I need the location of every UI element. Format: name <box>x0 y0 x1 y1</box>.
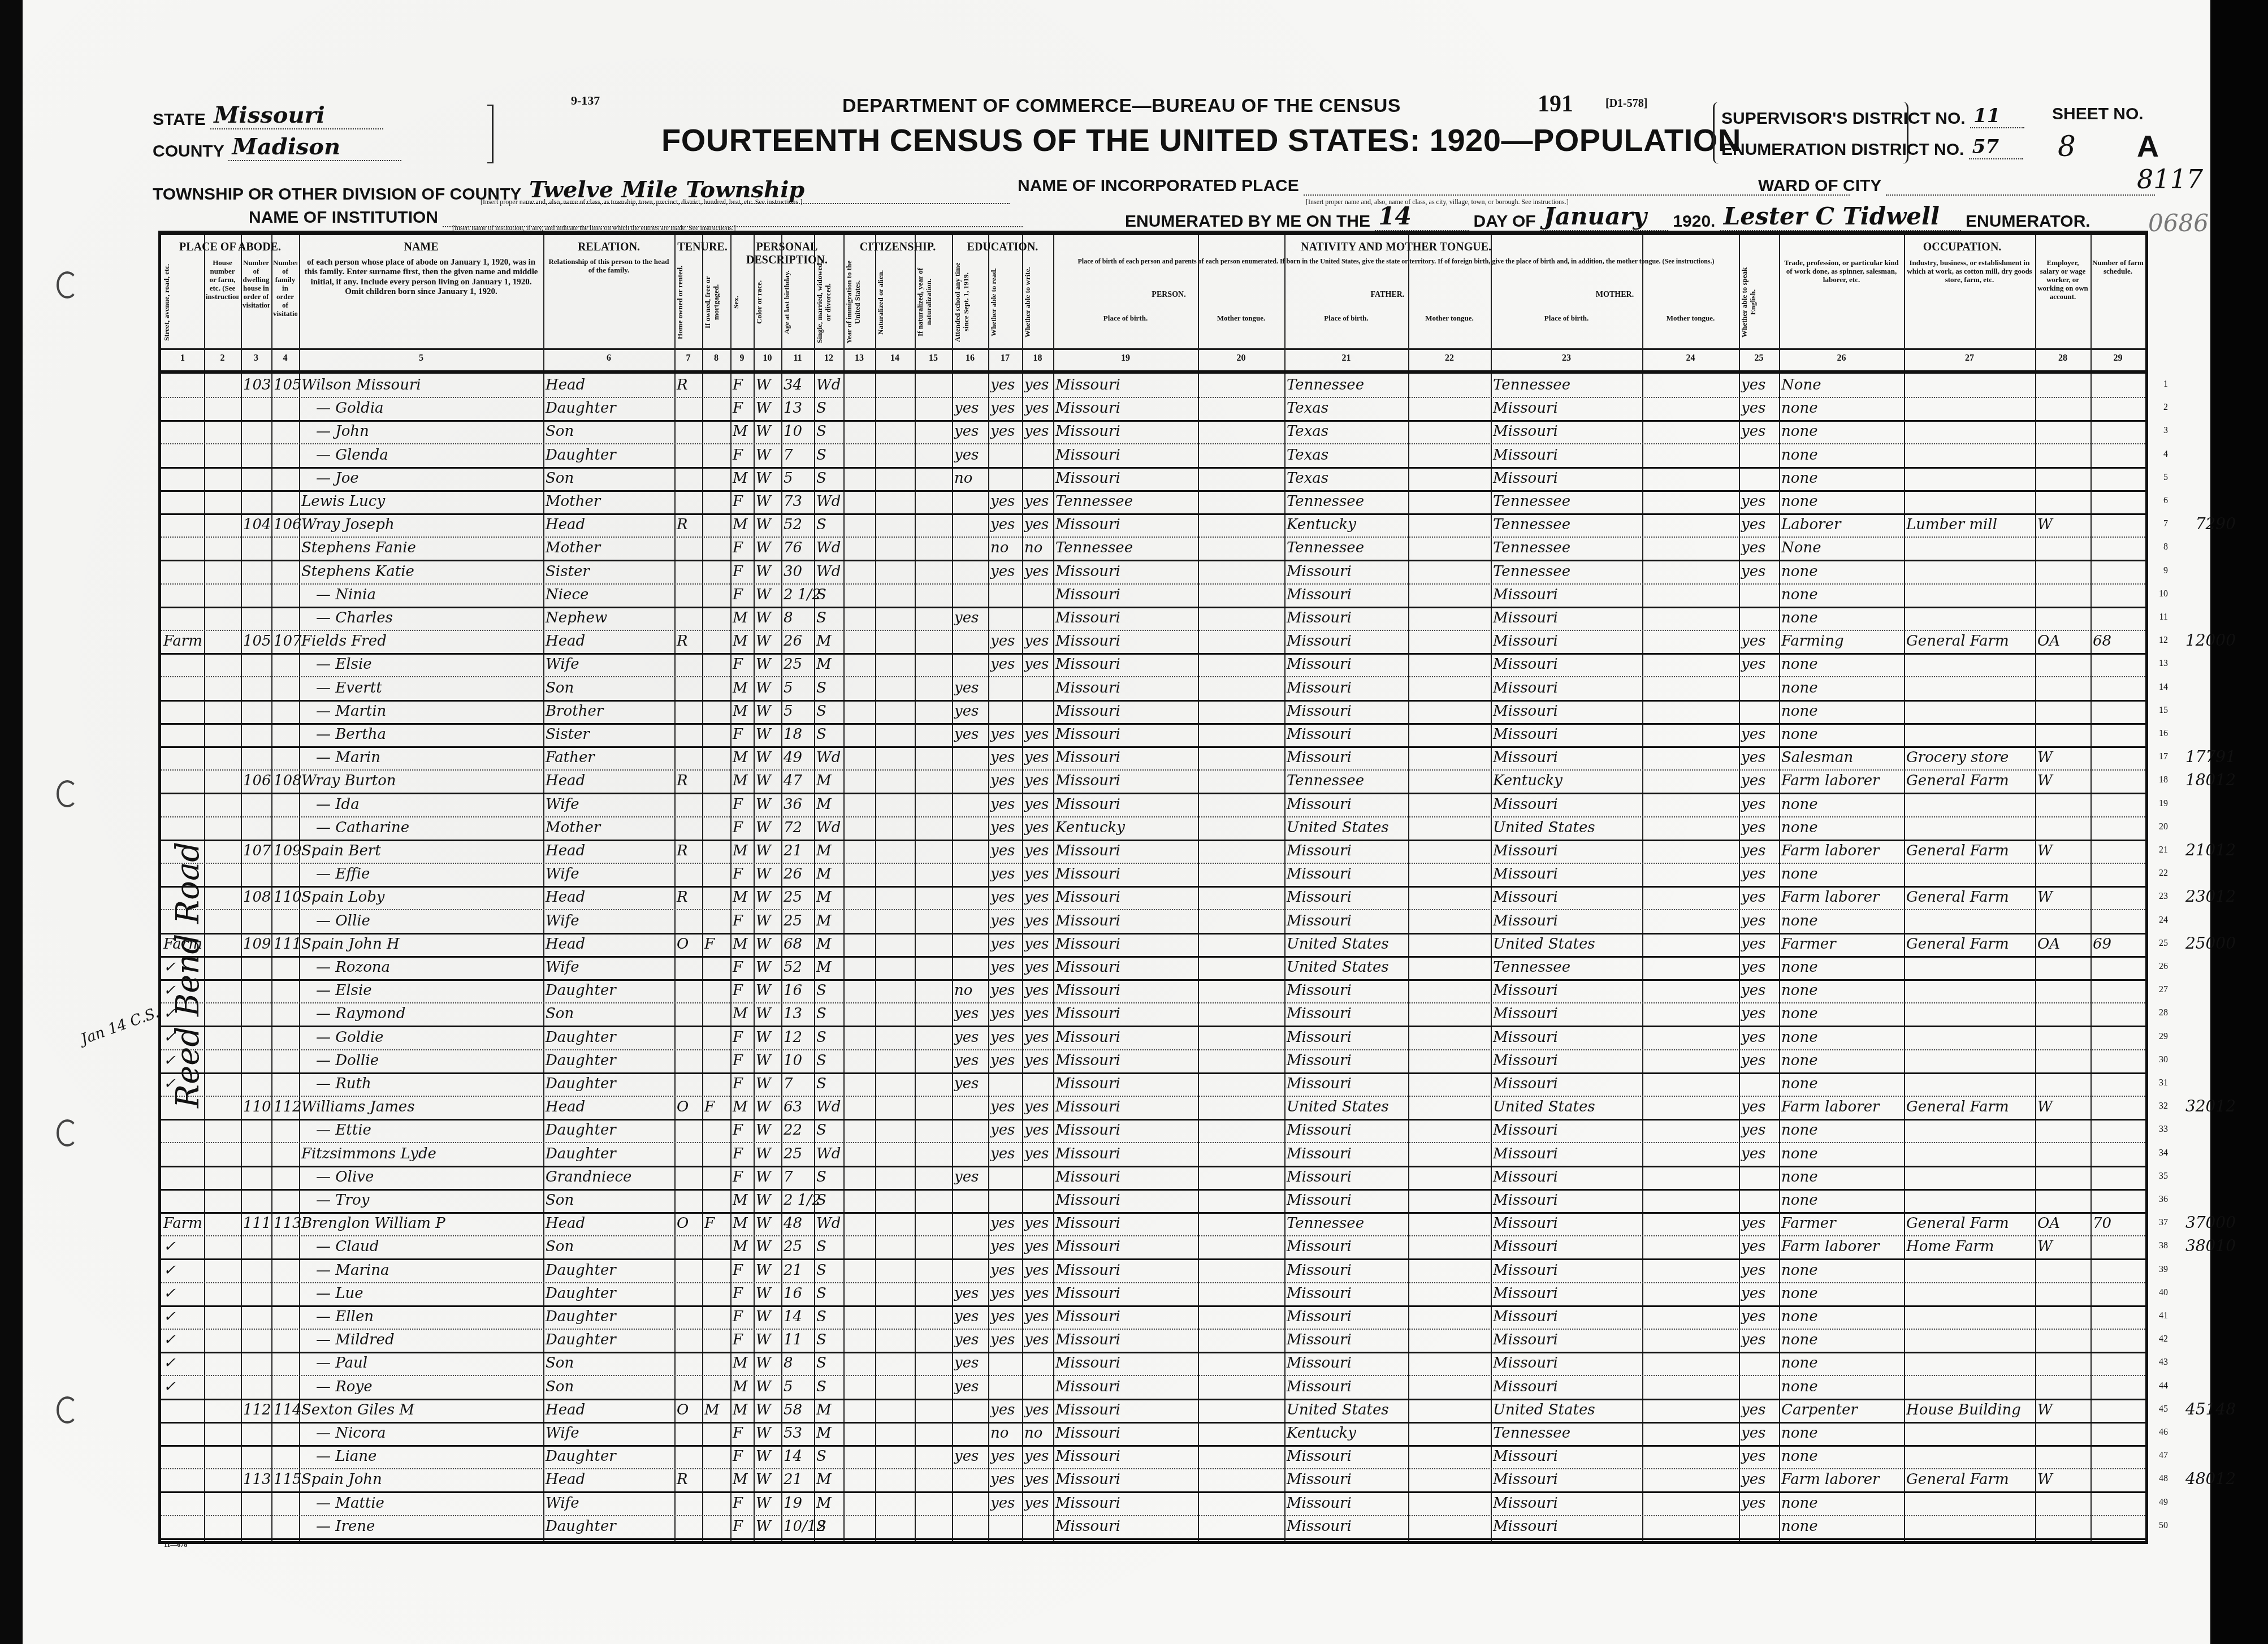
bracket-divider <box>487 105 494 163</box>
cell-emp: W <box>2037 514 2053 535</box>
cell-age: 48 <box>784 1213 802 1234</box>
punch-hole-icon <box>57 1396 78 1424</box>
cell-english: yes <box>1741 491 1765 512</box>
cell-marital: M <box>816 631 832 651</box>
cell-school: no <box>954 468 972 488</box>
cell-age: 13 <box>784 1003 802 1024</box>
cell-sex: F <box>733 1516 743 1537</box>
cell-age: 8 <box>784 1353 793 1373</box>
cell-street: Farm <box>163 1213 202 1234</box>
cell-home: R <box>677 631 688 651</box>
cell-industry: Grocery store <box>1906 747 2009 768</box>
cell-school: yes <box>954 1027 979 1048</box>
cell-name: — Raymond <box>316 1003 405 1024</box>
census-rows: 103105Wilson MissouriHeadRFW34WdyesyesMi… <box>161 374 2145 1541</box>
cell-fbirth: Missouri <box>1287 1469 1352 1490</box>
cell-sex: F <box>733 817 743 838</box>
cell-mbirth: Tennessee <box>1493 957 1570 977</box>
cell-name: — Marina <box>316 1260 389 1280</box>
cell-english: yes <box>1741 841 1765 861</box>
cell-mbirth: Missouri <box>1493 724 1558 745</box>
cell-age: 68 <box>784 934 802 954</box>
cell-write: yes <box>1024 1236 1049 1257</box>
cell-age: 7 <box>784 1167 793 1187</box>
cell-sex: F <box>733 794 743 815</box>
cell-trade: none <box>1781 1493 1818 1513</box>
cell-marital: Wd <box>816 1213 841 1234</box>
cell-fbirth: Missouri <box>1287 1353 1352 1373</box>
cell-age: 63 <box>784 1097 802 1117</box>
cell-sex: F <box>733 1074 743 1094</box>
cell-relation: Son <box>546 1377 574 1397</box>
column-header-18: Whether able to write. <box>1024 259 1051 345</box>
cell-sex: F <box>733 1260 743 1280</box>
table-row: — ElsieWifeFW25MyesyesMissouriMissouriMi… <box>161 653 2145 677</box>
column-header-19: Place of birth. <box>1055 314 1196 345</box>
table-row: ✓— RaymondSonMW13SyesyesyesMissouriMisso… <box>161 1002 2145 1027</box>
cell-race: W <box>756 887 771 907</box>
cell-write: yes <box>1024 1400 1049 1420</box>
cell-name: Stephens Fanie <box>301 538 416 558</box>
cell-street: ✓ <box>163 1377 176 1397</box>
cell-age: 7 <box>784 1074 793 1094</box>
cell-write: yes <box>1024 1330 1049 1350</box>
table-row: — EverttSonMW5SyesMissouriMissouriMissou… <box>161 677 2145 702</box>
cell-race: W <box>756 934 771 954</box>
cell-write: yes <box>1024 747 1049 768</box>
cell-mbirth: Missouri <box>1493 887 1558 907</box>
cell-mbirth: Missouri <box>1493 468 1558 488</box>
cell-marital: M <box>816 1469 832 1490</box>
cell-fbirth: Missouri <box>1287 608 1352 628</box>
cell-english: yes <box>1741 1306 1765 1327</box>
cell-trade: none <box>1781 724 1818 745</box>
cell-fbirth: Missouri <box>1287 1493 1352 1513</box>
line-number: 20 <box>2159 822 2168 832</box>
margin-code: 32012 <box>2185 1097 2236 1115</box>
cell-name: — Goldie <box>316 1027 383 1048</box>
cell-age: 49 <box>784 747 802 768</box>
cell-marital: S <box>816 514 826 535</box>
cell-read: yes <box>990 1120 1015 1140</box>
cell-trade: Farm laborer <box>1781 887 1879 907</box>
cell-dwelling: 112 <box>243 1400 271 1420</box>
cell-relation: Mother <box>546 491 600 512</box>
line-number: 43 <box>2159 1357 2168 1368</box>
cell-race: W <box>756 1423 771 1443</box>
column-number: 11 <box>781 353 814 364</box>
cell-mbirth: Missouri <box>1493 608 1558 628</box>
cell-age: 76 <box>784 538 802 558</box>
cell-name: — Nicora <box>316 1423 386 1443</box>
cell-relation: Wife <box>546 794 579 815</box>
cell-marital: M <box>816 864 832 884</box>
table-row: ✓— RoyeSonMW5SyesMissouriMissouriMissour… <box>161 1375 2145 1400</box>
cell-read: yes <box>990 1400 1015 1420</box>
cell-read: no <box>990 538 1009 558</box>
cell-fbirth: Missouri <box>1287 1283 1352 1304</box>
cell-birth: Missouri <box>1055 1050 1120 1071</box>
cell-school: yes <box>954 678 979 698</box>
table-row: Stephens KatieSisterFW30WdyesyesMissouri… <box>161 560 2145 585</box>
cell-write: yes <box>1024 934 1049 954</box>
cell-trade: none <box>1781 980 1818 1001</box>
cell-age: 14 <box>784 1306 802 1327</box>
line-number: 40 <box>2159 1288 2168 1298</box>
cell-sex: F <box>733 445 743 465</box>
line-number: 33 <box>2159 1124 2168 1135</box>
cell-relation: Head <box>546 1097 585 1117</box>
cell-english: yes <box>1741 1400 1765 1420</box>
cell-race: W <box>756 1516 771 1537</box>
cell-age: 21 <box>784 1469 802 1490</box>
table-row: — IreneDaughterFW10/12SMissouriMissouriM… <box>161 1515 2145 1540</box>
cell-fbirth: Texas <box>1287 468 1328 488</box>
cell-relation: Daughter <box>546 1027 616 1048</box>
cell-age: 10 <box>784 421 802 442</box>
cell-fbirth: Missouri <box>1287 1330 1352 1350</box>
cell-write: yes <box>1024 1213 1049 1234</box>
cell-marital: S <box>816 1353 826 1373</box>
cell-write: yes <box>1024 771 1049 791</box>
nativity-note: Place of birth of each person and parent… <box>1053 258 1739 266</box>
cell-birth: Missouri <box>1055 1120 1120 1140</box>
cell-relation: Daughter <box>546 1144 616 1164</box>
cell-sex: F <box>733 585 743 605</box>
cell-write: yes <box>1024 1306 1049 1327</box>
cell-age: 22 <box>784 1120 802 1140</box>
cell-marital: S <box>816 1027 826 1048</box>
cell-trade: none <box>1781 1283 1818 1304</box>
cell-trade: none <box>1781 1306 1818 1327</box>
cell-race: W <box>756 608 771 628</box>
line-number: 1 <box>2163 379 2168 390</box>
cell-mbirth: Missouri <box>1493 1330 1558 1350</box>
line-number: 31 <box>2159 1078 2168 1088</box>
township-note: [Insert proper name and, also, name of c… <box>481 198 802 206</box>
cell-english: yes <box>1741 1236 1765 1257</box>
table-row: 107109Spain BertHeadRMW21MyesyesMissouri… <box>161 840 2145 864</box>
column-number: 26 <box>1779 353 1904 364</box>
cell-relation: Daughter <box>546 1050 616 1071</box>
cell-age: 52 <box>784 957 802 977</box>
column-header-28: Employer, salary or wage worker, or work… <box>2037 259 2089 345</box>
cell-emp: W <box>2037 1400 2053 1420</box>
cell-birth: Missouri <box>1055 1144 1120 1164</box>
table-row: — GlendaDaughterFW7SyesMissouriTexasMiss… <box>161 444 2145 469</box>
cell-race: W <box>756 841 771 861</box>
sheet-number: 8 <box>2058 130 2076 163</box>
cell-home: R <box>677 887 688 907</box>
table-row: Stephens FanieMotherFW76WdnonoTennesseeT… <box>161 537 2145 561</box>
cell-trade: none <box>1781 468 1818 488</box>
cell-dwelling: 103 <box>243 375 271 395</box>
margin-code: 25000 <box>2185 934 2236 953</box>
cell-age: 12 <box>784 1027 802 1048</box>
cell-dwelling: 113 <box>243 1469 271 1490</box>
cell-mbirth: Missouri <box>1493 1074 1558 1094</box>
cell-read: yes <box>990 654 1015 674</box>
cell-birth: Missouri <box>1055 1097 1120 1117</box>
cell-race: W <box>756 980 771 1001</box>
cell-write: yes <box>1024 1097 1049 1117</box>
cell-name: — Ellen <box>316 1306 374 1327</box>
cell-trade: Farmer <box>1781 1213 1836 1234</box>
cell-english: yes <box>1741 1493 1765 1513</box>
cell-trade: Farm laborer <box>1781 1236 1879 1257</box>
cell-fbirth: United States <box>1287 817 1389 838</box>
column-header-23: Place of birth. <box>1492 314 1641 345</box>
cell-english: yes <box>1741 1213 1765 1234</box>
cell-race: W <box>756 1353 771 1373</box>
cell-school: yes <box>954 1050 979 1071</box>
cell-english: yes <box>1741 980 1765 1001</box>
cell-sex: M <box>733 468 748 488</box>
cell-relation: Wife <box>546 957 579 977</box>
column-number: 12 <box>814 353 843 364</box>
cell-sex: F <box>733 491 743 512</box>
cell-birth: Missouri <box>1055 911 1120 931</box>
cell-emp: W <box>2037 1097 2053 1117</box>
cell-age: 72 <box>784 817 802 838</box>
cell-marital: Wd <box>816 1144 841 1164</box>
table-row: — IdaWifeFW36MyesyesMissouriMissouriMiss… <box>161 793 2145 817</box>
cell-trade: none <box>1781 1353 1818 1373</box>
table-row: ✓— RuthDaughterFW7SyesMissouriMissouriMi… <box>161 1072 2145 1097</box>
cell-mbirth: Missouri <box>1493 1120 1558 1140</box>
column-header-6: Relationship of this person to the head … <box>545 258 673 345</box>
cell-relation: Son <box>546 468 574 488</box>
cell-marital: S <box>816 1050 826 1071</box>
cell-birth: Missouri <box>1055 887 1120 907</box>
cell-fbirth: Texas <box>1287 445 1328 465</box>
cell-fbirth: United States <box>1287 957 1389 977</box>
cell-race: W <box>756 701 771 721</box>
table-row: ✓— DollieDaughterFW10SyesyesyesMissouriM… <box>161 1049 2145 1074</box>
incorporated-place-field: NAME OF INCORPORATED PLACE <box>1018 176 1850 196</box>
cell-school: yes <box>954 724 979 745</box>
cell-read: yes <box>990 747 1015 768</box>
cell-fbirth: Texas <box>1287 398 1328 418</box>
cell-english: yes <box>1741 561 1765 582</box>
cell-relation: Mother <box>546 538 600 558</box>
cell-family: 108 <box>274 771 302 791</box>
cell-trade: none <box>1781 1260 1818 1280</box>
column-header-4: Number of family in order of visitation. <box>273 259 297 345</box>
cell-name: — Charles <box>316 608 393 628</box>
cell-trade: Carpenter <box>1781 1400 1858 1420</box>
cell-fbirth: Missouri <box>1287 1260 1352 1280</box>
cell-sex: F <box>733 980 743 1001</box>
table-row: ✓— ElsieDaughterFW16SnoyesyesMissouriMis… <box>161 979 2145 1003</box>
cell-relation: Son <box>546 1236 574 1257</box>
table-row: Farm109111Spain John HHeadOFMW68MyesyesM… <box>161 933 2145 958</box>
cell-birth: Missouri <box>1055 1260 1120 1280</box>
cell-sex: F <box>733 654 743 674</box>
line-number: 35 <box>2159 1171 2168 1182</box>
line-number: 32 <box>2159 1101 2168 1111</box>
cell-write: yes <box>1024 911 1049 931</box>
table-row: — LianeDaughterFW14SyesyesyesMissouriMis… <box>161 1445 2145 1469</box>
cell-trade: none <box>1781 1330 1818 1350</box>
cell-name: Fields Fred <box>301 631 387 651</box>
line-number: 50 <box>2159 1521 2168 1531</box>
cell-trade: Farming <box>1781 631 1844 651</box>
cell-trade: none <box>1781 1167 1818 1187</box>
cell-read: no <box>990 1423 1009 1443</box>
cell-marital: S <box>816 468 826 488</box>
cell-name: Wray Joseph <box>301 514 395 535</box>
table-row: ✓— EllenDaughterFW14SyesyesyesMissouriMi… <box>161 1305 2145 1330</box>
department-heading: DEPARTMENT OF COMMERCE—BUREAU OF THE CEN… <box>842 95 1401 117</box>
column-header-14: Naturalized or alien. <box>877 259 913 345</box>
cell-trade: none <box>1781 817 1818 838</box>
cell-write: yes <box>1024 631 1049 651</box>
cell-marital: S <box>816 1074 826 1094</box>
cell-mbirth: Missouri <box>1493 1353 1558 1373</box>
cell-emp: OA <box>2037 631 2060 651</box>
cell-fbirth: United States <box>1287 934 1389 954</box>
cell-marital: S <box>816 1330 826 1350</box>
cell-marital: M <box>816 1400 832 1420</box>
cell-read: yes <box>990 421 1015 442</box>
cell-birth: Missouri <box>1055 1236 1120 1257</box>
column-number-row: 1234567891011121314151617181920212223242… <box>161 348 2145 374</box>
cell-relation: Head <box>546 631 585 651</box>
cell-emp: OA <box>2037 934 2060 954</box>
cell-fbirth: United States <box>1287 1400 1389 1420</box>
cell-birth: Missouri <box>1055 1003 1120 1024</box>
column-header-12: Single, married, widowed, or divorced. <box>816 259 842 345</box>
cell-english: yes <box>1741 1097 1765 1117</box>
cell-write: yes <box>1024 1120 1049 1140</box>
column-header-5: of each person whose place of abode on J… <box>301 258 542 345</box>
cell-emp: W <box>2037 841 2053 861</box>
cell-relation: Grandniece <box>546 1167 631 1187</box>
column-header-1: Street, avenue, road, etc. <box>163 259 202 345</box>
cell-school: yes <box>954 608 979 628</box>
cell-marital: M <box>816 1493 832 1513</box>
cell-marital: Wd <box>816 491 841 512</box>
cell-english: yes <box>1741 1330 1765 1350</box>
punch-hole-icon <box>57 271 78 298</box>
cell-birth: Missouri <box>1055 701 1120 721</box>
cell-home: R <box>677 771 688 791</box>
cell-home: O <box>677 934 689 954</box>
column-header-22: Mother tongue. <box>1410 314 1489 345</box>
cell-write: yes <box>1024 1027 1049 1048</box>
cell-trade: none <box>1781 911 1818 931</box>
cell-mbirth: Missouri <box>1493 1003 1558 1024</box>
table-row: — EffieWifeFW26MyesyesMissouriMissouriMi… <box>161 863 2145 888</box>
cell-trade: Farm laborer <box>1781 1469 1879 1490</box>
cell-birth: Tennessee <box>1055 538 1133 558</box>
cell-mbirth: Missouri <box>1493 1493 1558 1513</box>
cell-write: no <box>1024 1423 1042 1443</box>
cell-sex: M <box>733 1400 748 1420</box>
cell-marital: S <box>816 1120 826 1140</box>
cell-race: W <box>756 375 771 395</box>
cell-marital: S <box>816 1190 826 1210</box>
cell-trade: none <box>1781 398 1818 418</box>
cell-relation: Sister <box>546 724 590 745</box>
cell-trade: none <box>1781 1423 1818 1443</box>
cell-relation: Daughter <box>546 1516 616 1537</box>
cell-write: yes <box>1024 724 1049 745</box>
column-number: 6 <box>543 353 674 364</box>
cell-mbirth: Missouri <box>1493 1283 1558 1304</box>
cell-read: yes <box>990 561 1015 582</box>
column-number: 20 <box>1198 353 1284 364</box>
column-number: 22 <box>1408 353 1491 364</box>
line-number: 7 <box>2163 519 2168 529</box>
cell-dwelling: 106 <box>243 771 271 791</box>
cell-age: 5 <box>784 701 793 721</box>
cell-relation: Brother <box>546 701 603 721</box>
cell-age: 5 <box>784 1377 793 1397</box>
cell-trade: Salesman <box>1781 747 1853 768</box>
cell-industry: General Farm <box>1906 1097 2009 1117</box>
cell-race: W <box>756 911 771 931</box>
cell-age: 26 <box>784 864 802 884</box>
cell-fbirth: Missouri <box>1287 701 1352 721</box>
cell-trade: none <box>1781 561 1818 582</box>
cell-age: 58 <box>784 1400 802 1420</box>
ward-field: WARD OF CITY <box>1758 176 2155 196</box>
cell-relation: Daughter <box>546 1306 616 1327</box>
cell-marital: M <box>816 794 832 815</box>
state-value: Missouri <box>210 102 383 129</box>
cell-race: W <box>756 561 771 582</box>
cell-trade: none <box>1781 701 1818 721</box>
cell-write: yes <box>1024 561 1049 582</box>
cell-mbirth: United States <box>1493 817 1595 838</box>
cell-name: Brenglon William P <box>301 1213 445 1234</box>
cell-mbirth: Missouri <box>1493 398 1558 418</box>
cell-trade: none <box>1781 654 1818 674</box>
cell-write: yes <box>1024 514 1049 535</box>
cell-farm: 70 <box>2093 1213 2111 1234</box>
cell-relation: Wife <box>546 1423 579 1443</box>
cell-write: yes <box>1024 1446 1049 1466</box>
table-row: Farm105107Fields FredHeadRMW26MyesyesMis… <box>161 630 2145 655</box>
cell-mbirth: Missouri <box>1493 678 1558 698</box>
cell-birth: Missouri <box>1055 1493 1120 1513</box>
cell-read: yes <box>990 1446 1015 1466</box>
column-number: 15 <box>915 353 952 364</box>
cell-write: yes <box>1024 1050 1049 1071</box>
column-header-26: Trade, profession, or particular kind of… <box>1781 259 1902 345</box>
cell-english: yes <box>1741 1423 1765 1443</box>
cell-name: — Troy <box>316 1190 369 1210</box>
line-number: 41 <box>2159 1311 2168 1321</box>
cell-age: 16 <box>784 1283 802 1304</box>
column-number: 27 <box>1904 353 2035 364</box>
cell-sex: M <box>733 1469 748 1490</box>
cell-read: yes <box>990 398 1015 418</box>
column-number: 24 <box>1642 353 1739 364</box>
column-header-9: Sex. <box>732 259 752 345</box>
cell-relation: Father <box>546 747 595 768</box>
cell-write: yes <box>1024 1144 1049 1164</box>
cell-trade: none <box>1781 957 1818 977</box>
cell-birth: Missouri <box>1055 1377 1120 1397</box>
cell-mbirth: Missouri <box>1493 1516 1558 1537</box>
column-number: 5 <box>299 353 543 364</box>
cell-english: yes <box>1741 538 1765 558</box>
cell-relation: Daughter <box>546 980 616 1001</box>
cell-name: — Ninia <box>316 585 376 605</box>
